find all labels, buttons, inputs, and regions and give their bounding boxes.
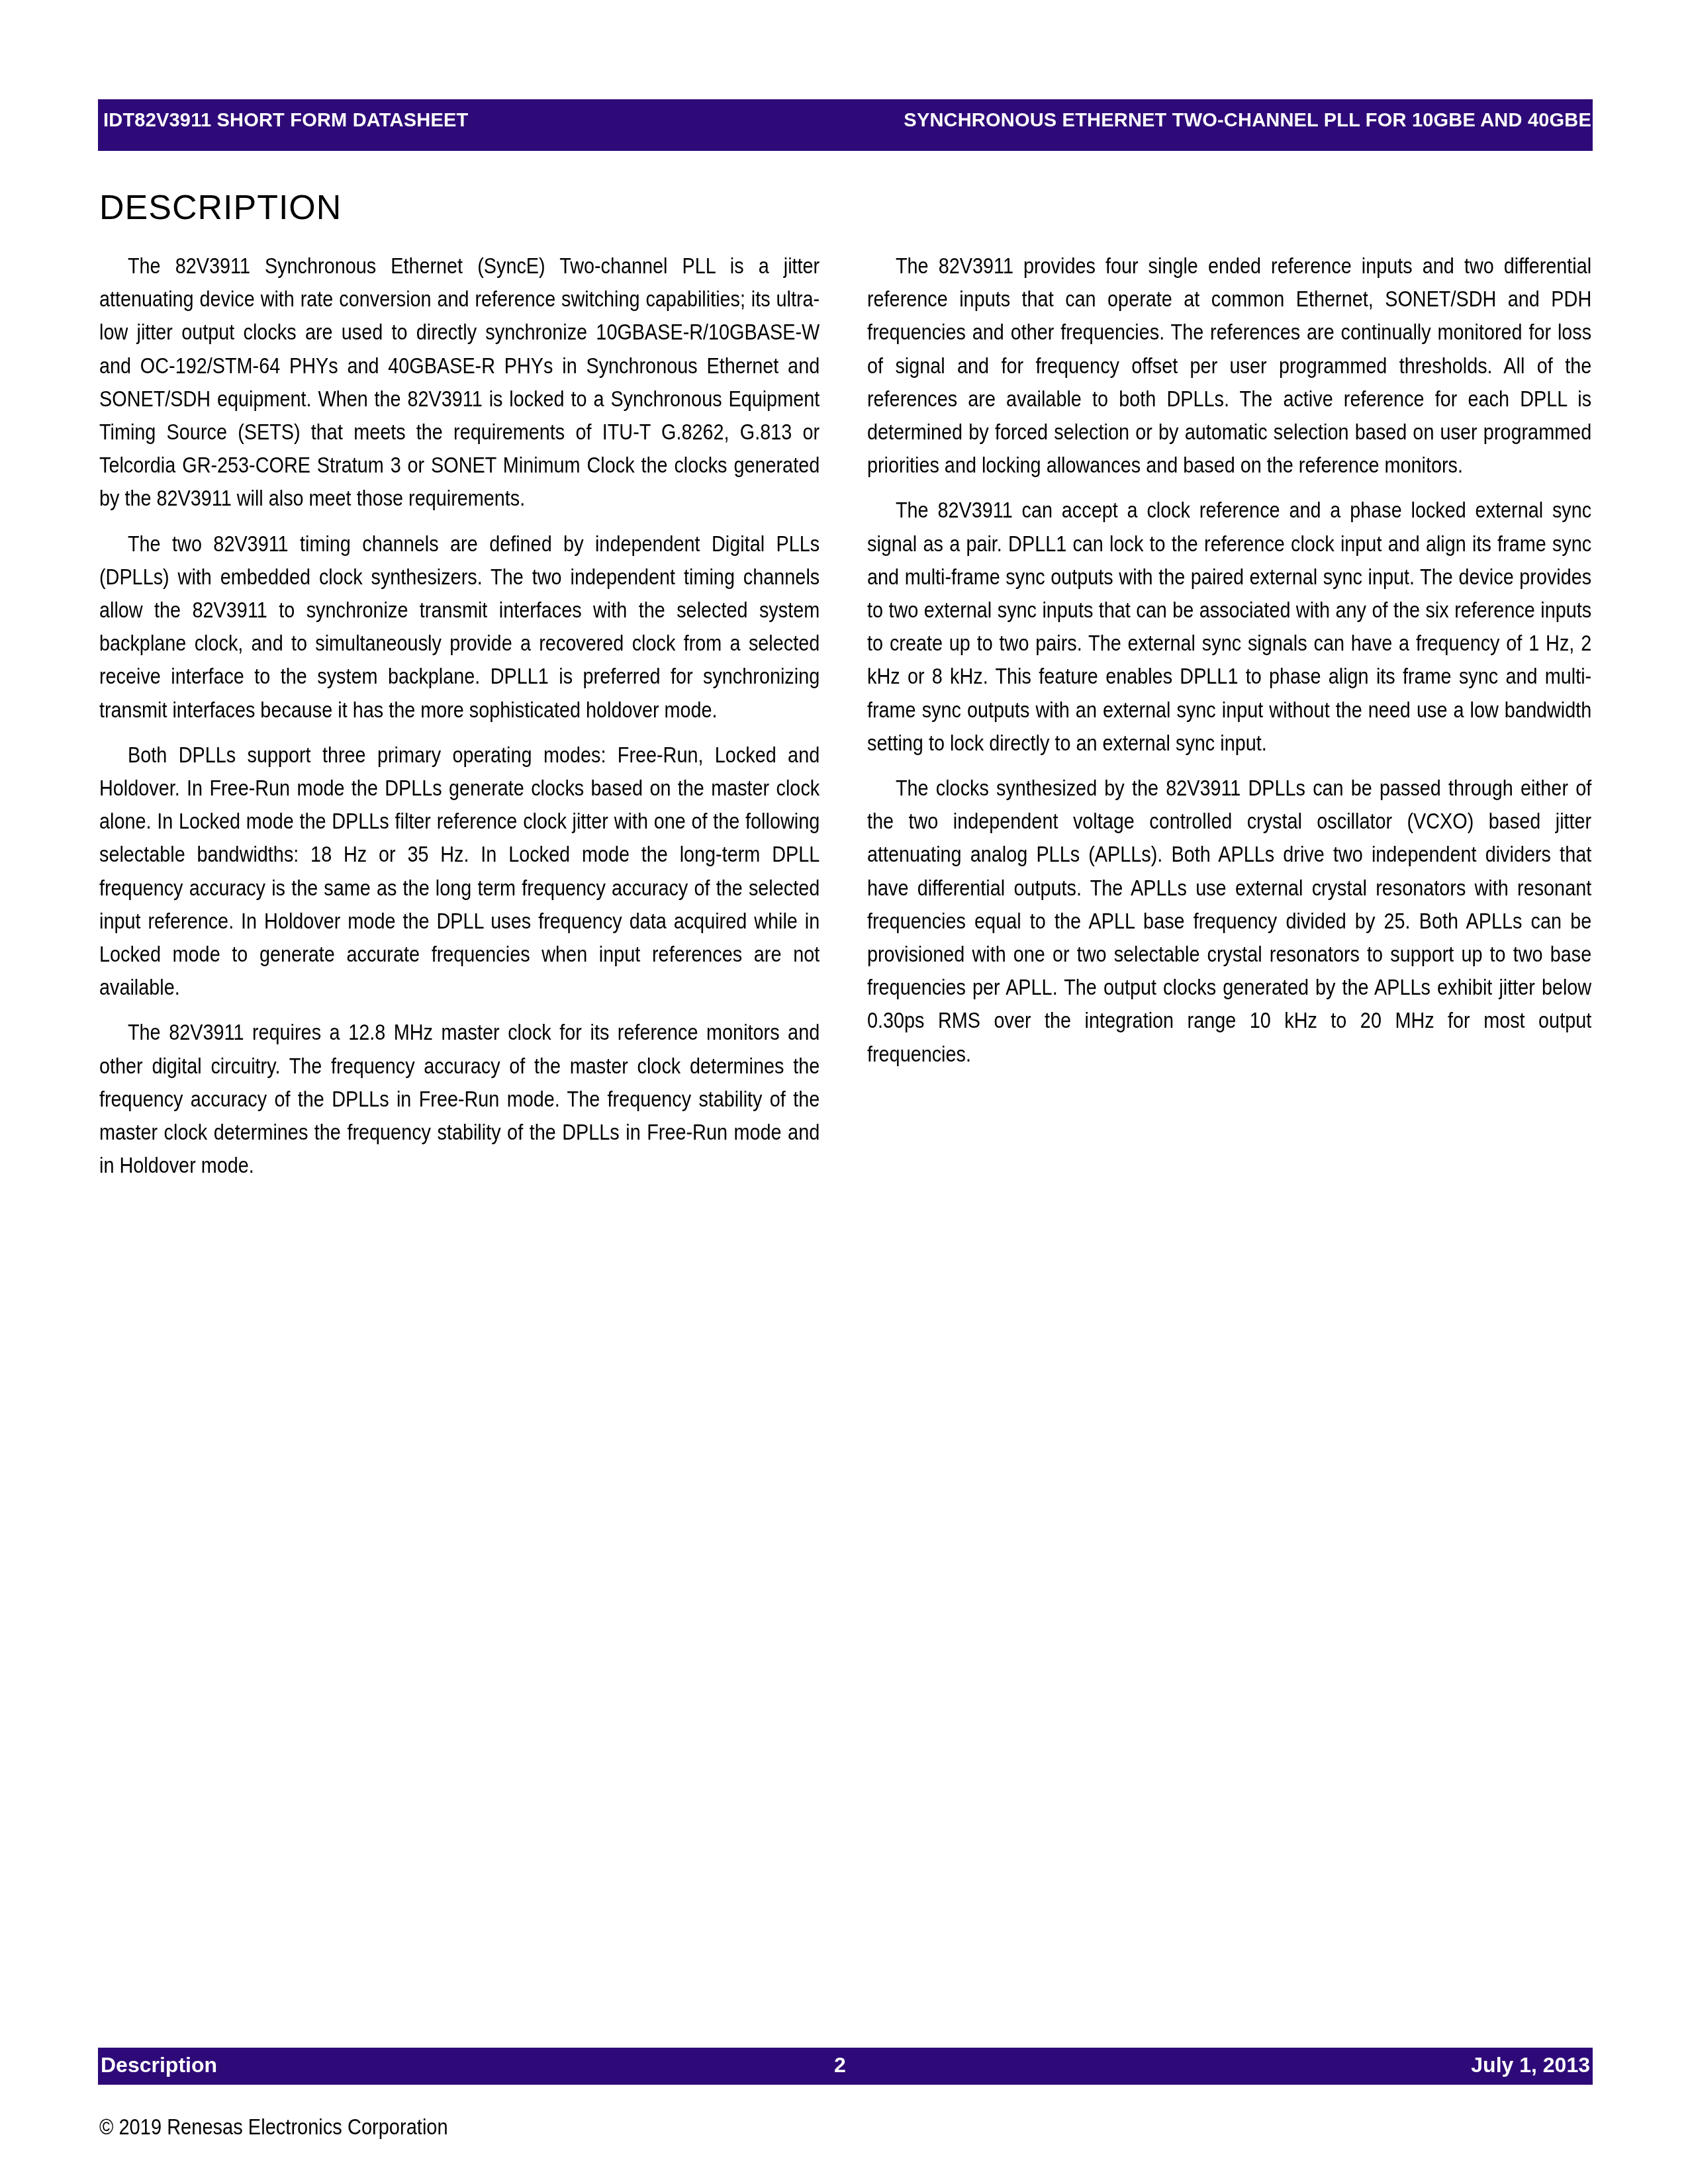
paragraph: The 82V3911 requires a 12.8 MHz master c… bbox=[99, 1017, 820, 1183]
right-text-column: The 82V3911 provides four single ended r… bbox=[867, 250, 1591, 1083]
section-title: DESCRIPTION bbox=[99, 191, 342, 225]
paragraph: The two 82V3911 timing channels are defi… bbox=[99, 528, 820, 727]
copyright-notice: © 2019 Renesas Electronics Corporation bbox=[99, 2115, 448, 2140]
footer-section-name: Description bbox=[101, 2053, 217, 2077]
paragraph: The clocks synthesized by the 82V3911 DP… bbox=[867, 772, 1591, 1071]
paragraph: Both DPLLs support three primary operati… bbox=[99, 739, 820, 1005]
footer-date: July 1, 2013 bbox=[1471, 2053, 1590, 2077]
header-doc-title: IDT82V3911 SHORT FORM DATASHEET bbox=[103, 110, 468, 132]
header-product-title: SYNCHRONOUS ETHERNET TWO-CHANNEL PLL FOR… bbox=[904, 110, 1591, 132]
paragraph: The 82V3911 can accept a clock reference… bbox=[867, 494, 1591, 760]
page-number: 2 bbox=[834, 2053, 846, 2077]
paragraph: The 82V3911 provides four single ended r… bbox=[867, 250, 1591, 482]
paragraph: The 82V3911 Synchronous Ethernet (SyncE)… bbox=[99, 250, 820, 516]
running-footer: Description 2 July 1, 2013 bbox=[98, 2048, 1593, 2085]
left-text-column: The 82V3911 Synchronous Ethernet (SyncE)… bbox=[99, 250, 820, 1195]
running-header: IDT82V3911 SHORT FORM DATASHEET SYNCHRON… bbox=[98, 99, 1593, 151]
